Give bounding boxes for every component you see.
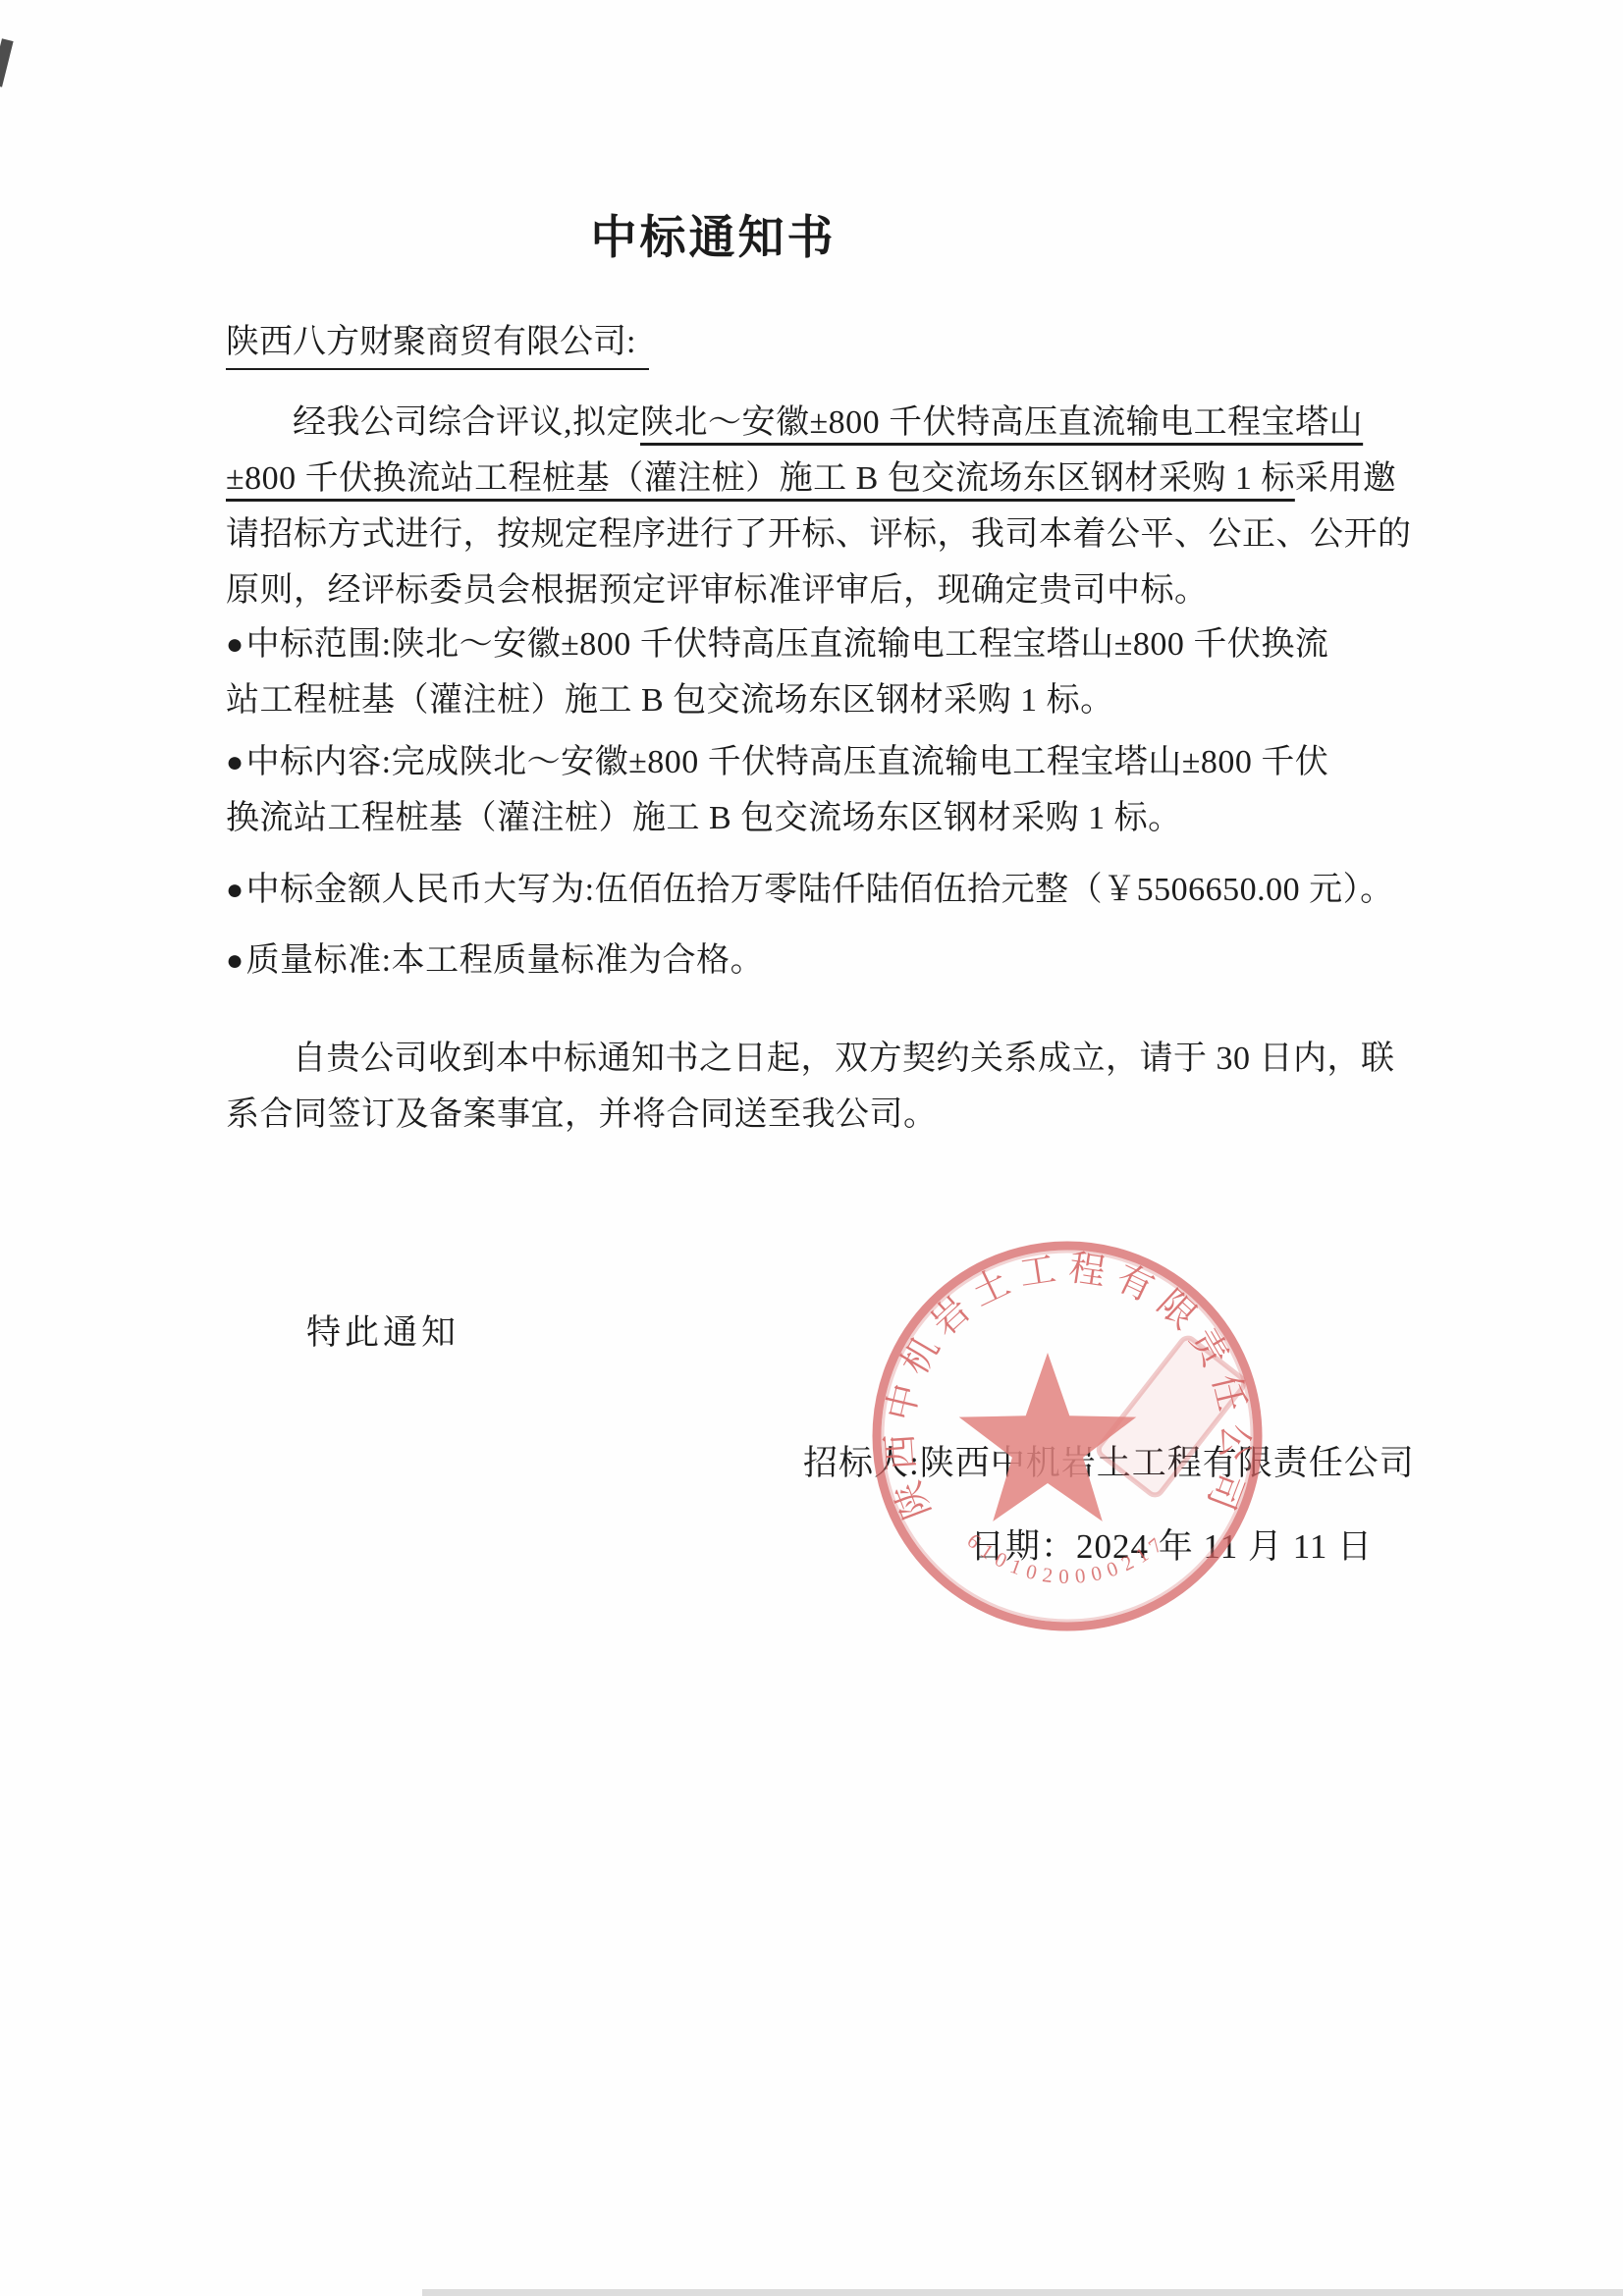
text-line: 站工程桩基（灌注桩）施工 B 包交流场东区钢材采购 1 标。 [226,672,1414,728]
bullet-quality: ●质量标准:本工程质量标准为合格。 [226,933,1414,988]
intro-lead: 经我公司综合评议,拟定 [293,404,640,441]
addressee-line: 陕西八方财聚商贸有限公司: [226,314,649,370]
bullet-amount: ●中标金额人民币大写为:伍佰伍拾万零陆仟陆佰伍拾元整（￥5506650.00 元… [226,862,1414,918]
svg-text:6101020000217: 6101020000217 [962,1528,1171,1587]
bullet-dot-icon: ● [226,874,244,906]
page-title: 中标通知书 [0,201,1525,267]
text-line: ●中标范围:陕北～安徽±800 千伏特高压直流输电工程宝塔山±800 千伏换流 [226,616,1414,672]
intro-underlined-project: 陕北～安徽±800 千伏特高压直流输电工程宝塔山 [640,404,1363,441]
bullet-amount-text: 中标金额人民币大写为:伍佰伍拾万零陆仟陆佰伍拾元整（￥5506650.00 元）… [246,872,1394,908]
bullet-scope-text: 中标范围:陕北～安徽±800 千伏特高压直流输电工程宝塔山±800 千伏换流 [246,626,1329,663]
paragraph-closing: 自贵公司收到本中标通知书之日起，双方契约关系成立，请于 30 日内，联 系合同签… [226,1031,1414,1143]
notice-hereby: 特此通知 [306,1306,460,1355]
text-line: 换流站工程桩基（灌注桩）施工 B 包交流场东区钢材采购 1 标。 [226,790,1414,846]
company-seal-stamp: 陕西中机岩土工程有限责任公司 6101020000217 [846,1215,1288,1657]
text-line: 原则，经评标委员会根据预定评审标准评审后，现确定贵司中标。 [226,562,1414,618]
scan-edge-artifact [422,2289,1623,2296]
bullet-content-text: 中标内容:完成陕北～安徽±800 千伏特高压直流输电工程宝塔山±800 千伏 [246,744,1329,780]
addressee: 陕西八方财聚商贸有限公司: [226,314,649,370]
intro-tail: 采用邀 [1295,460,1397,497]
bullet-dot-icon: ● [226,746,244,778]
text-line: ●中标内容:完成陕北～安徽±800 千伏特高压直流输电工程宝塔山±800 千伏 [226,734,1414,790]
scan-artifact [0,38,14,86]
text-line: 请招标方式进行，按规定程序进行了开标、评标，我司本着公平、公正、公开的 [226,507,1414,562]
bullet-content: ●中标内容:完成陕北～安徽±800 千伏特高压直流输电工程宝塔山±800 千伏 … [226,734,1414,846]
text-line: 经我公司综合评议,拟定陕北～安徽±800 千伏特高压直流输电工程宝塔山 [226,395,1414,451]
text-line: ●中标金额人民币大写为:伍佰伍拾万零陆仟陆佰伍拾元整（￥5506650.00 元… [226,862,1414,918]
bullet-scope: ●中标范围:陕北～安徽±800 千伏特高压直流输电工程宝塔山±800 千伏换流 … [226,616,1414,728]
text-line: 自贵公司收到本中标通知书之日起，双方契约关系成立，请于 30 日内，联 [226,1031,1414,1087]
bullet-quality-text: 质量标准:本工程质量标准为合格。 [246,942,764,979]
stamp-serial-number: 6101020000217 [962,1528,1171,1587]
text-line: ±800 千伏换流站工程桩基（灌注桩）施工 B 包交流场东区钢材采购 1 标采用… [226,451,1414,507]
bullet-dot-icon: ● [226,944,244,977]
paragraph-intro: 经我公司综合评议,拟定陕北～安徽±800 千伏特高压直流输电工程宝塔山 ±800… [226,395,1414,618]
star-icon [959,1353,1137,1522]
document-page: 中标通知书 陕西八方财聚商贸有限公司: 经我公司综合评议,拟定陕北～安徽±800… [0,0,1623,2296]
bullet-dot-icon: ● [226,628,244,661]
text-line: ●质量标准:本工程质量标准为合格。 [226,933,1414,988]
intro-underlined-project-2: ±800 千伏换流站工程桩基（灌注桩）施工 B 包交流场东区钢材采购 1 标 [226,460,1295,497]
text-line: 系合同签订及备案事宜，并将合同送至我公司。 [226,1087,1414,1143]
